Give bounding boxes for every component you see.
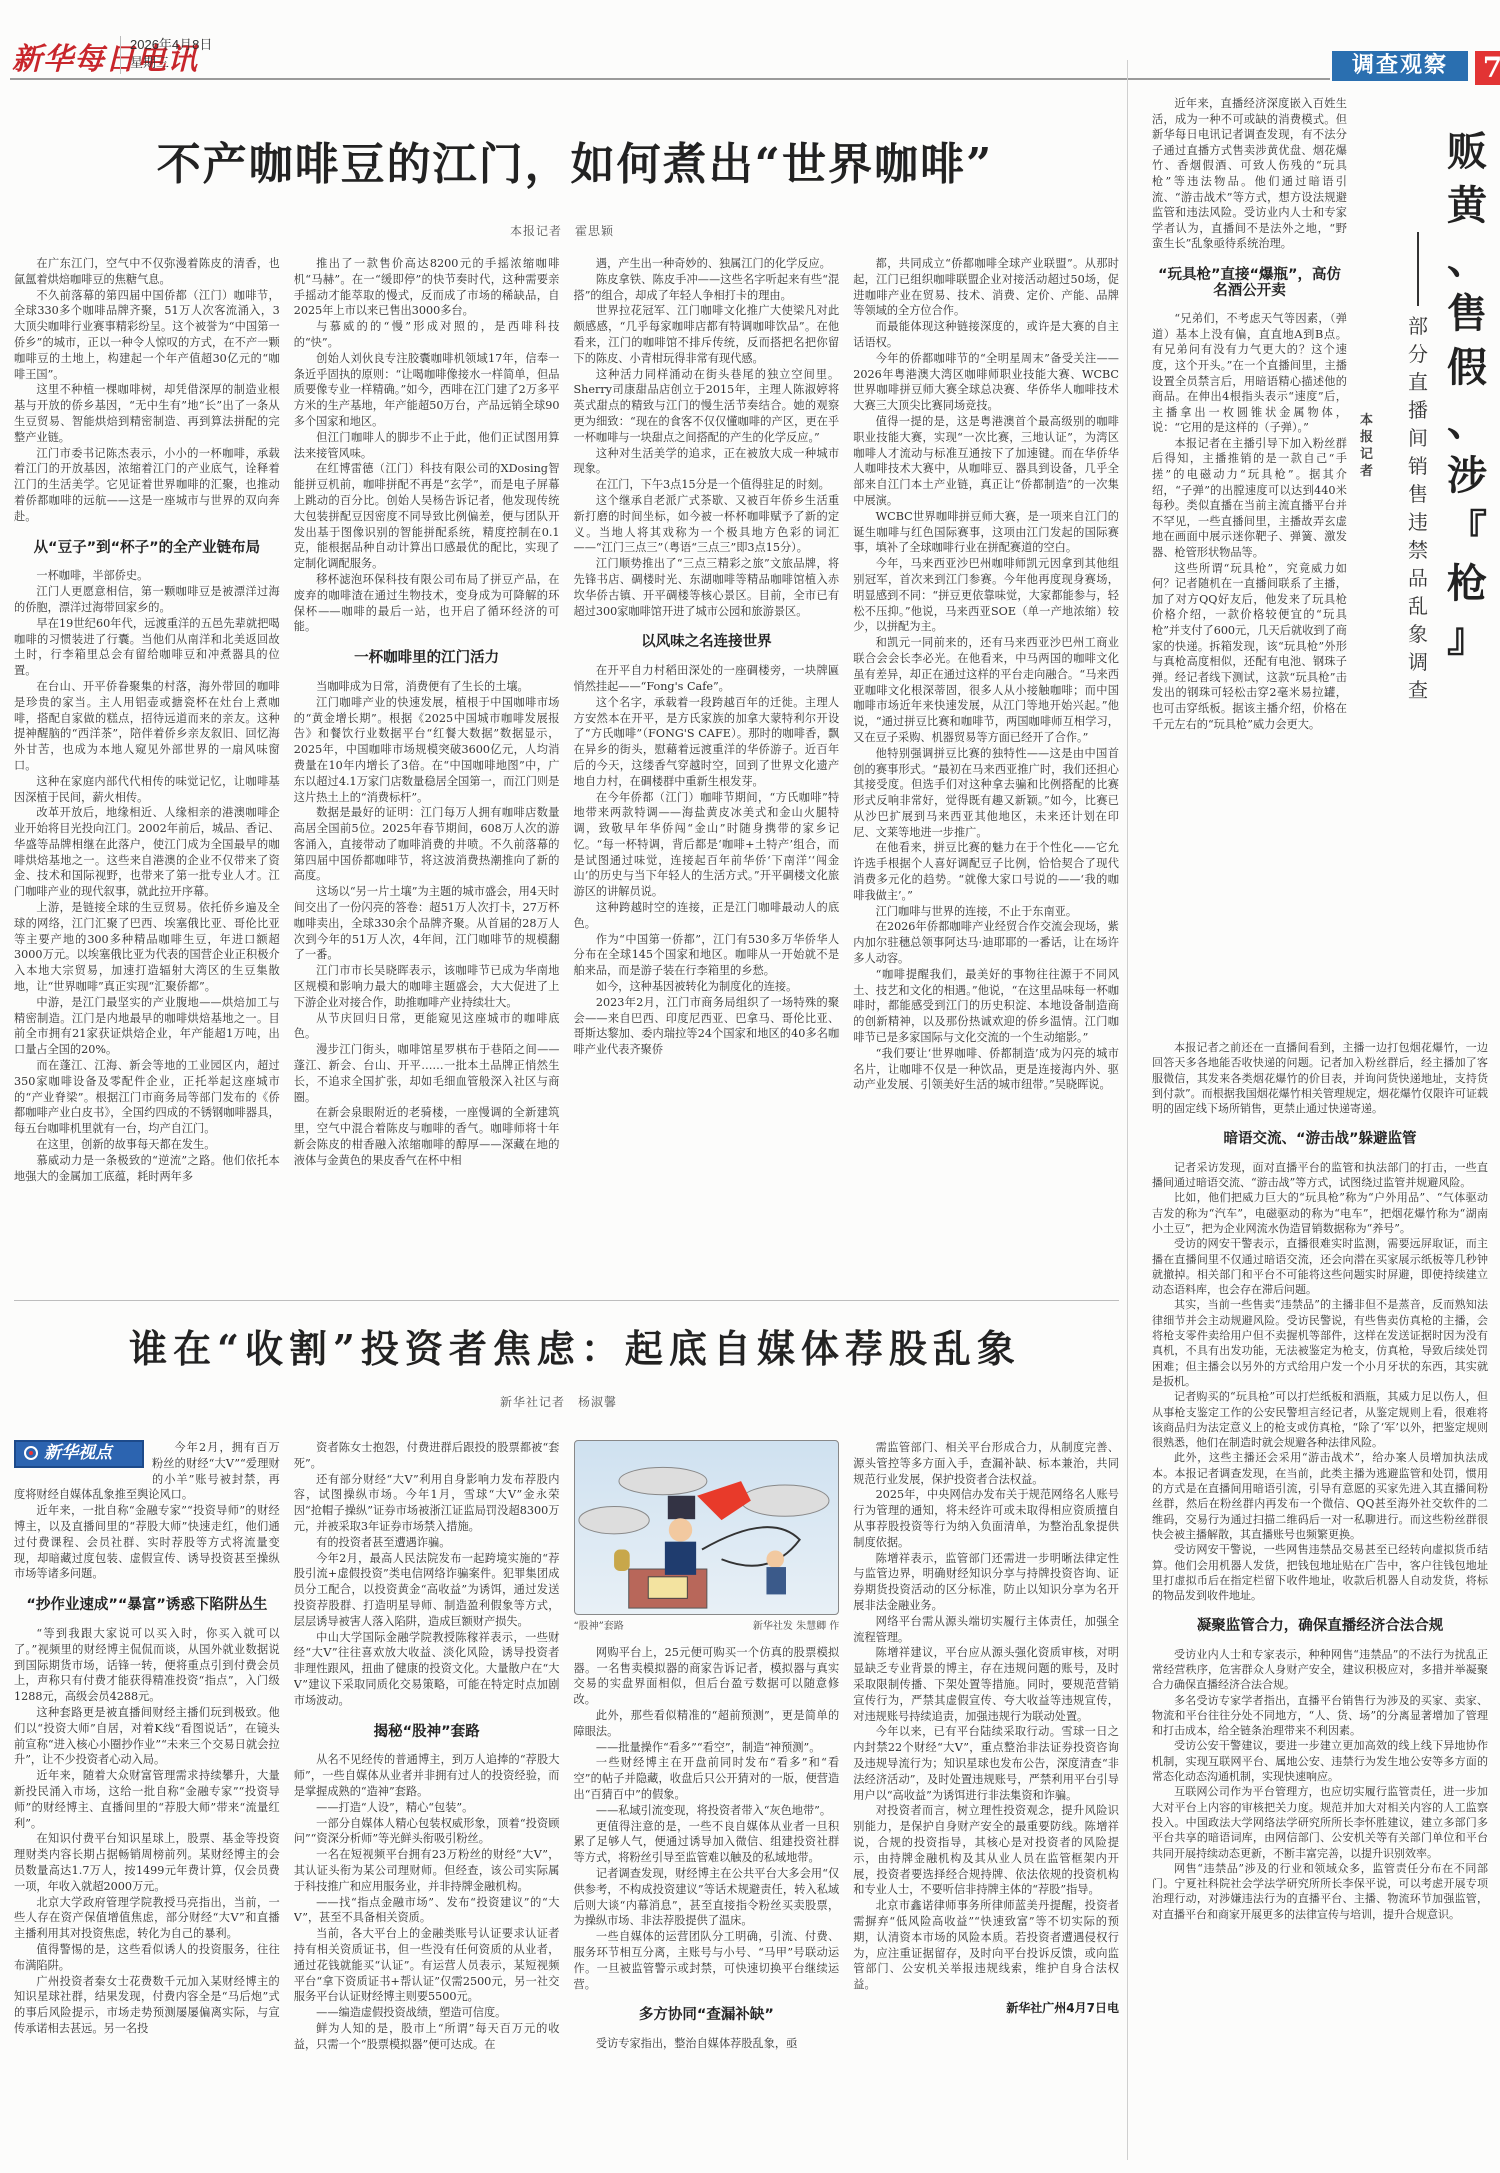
- paragraph: 这种跨越时空的连接，正是江门咖啡最动人的底色。: [574, 900, 840, 932]
- section-label: 调查观察: [1332, 51, 1468, 81]
- masthead-separator: [120, 36, 121, 74]
- paragraph: 受访公安干警建议，要进一步建立更加高效的线上线下异地协作机制，实现互联网平台、属…: [1152, 1738, 1488, 1784]
- paragraph: ——打造“人设”，精心“包装”。: [294, 1800, 560, 1816]
- paragraph: 记者采访发现，面对直播平台的监管和执法部门的打击，一些直播间通过暗语交流、“游击…: [1152, 1160, 1488, 1191]
- paragraph: 近年来，随着大众财富管理需求持续攀升，大量新投民涌入市场，这给一批自称“金融专家…: [14, 1768, 280, 1831]
- paragraph: 一部分自媒体人精心包装权威形象，顶着“投资顾问”“资深分析师”等光鲜头衔吸引粉丝…: [294, 1816, 560, 1848]
- paragraph: 移杯滤泡环保科技有限公司布局了拼豆产品，在废弃的咖啡渣在通过生物技术，变身成为可…: [294, 572, 560, 635]
- paragraph: 在他看来，拼豆比赛的魅力在于个性化——它允许选手根据个人喜好调配豆子比例，恰恰契…: [853, 840, 1119, 903]
- paragraph: 如今，这种基因被转化为制度化的连接。: [574, 979, 840, 995]
- paragraph: 江门市市长吴晓晖表示，该咖啡节已成为华南地区规模和影响力最大的咖啡主题盛会，大大…: [294, 963, 560, 1010]
- paragraph: 在开平自力村稻田深处的一座碉楼旁，一块牌匾悄然挂起——“Fong's Cafe”…: [574, 663, 840, 695]
- paragraph: 遇，产生出一种奇妙的、独属江门的化学反应。: [574, 256, 840, 272]
- paragraph: 这些所谓“玩具枪”，究竟威力如何？记者随机在一直播间联系了主播，加了对方QQ好友…: [1152, 561, 1347, 733]
- headline-char: 『: [1445, 503, 1489, 557]
- subheading: 多方协同“查漏补缺”: [574, 2008, 840, 2024]
- paragraph: 作为“中国第一侨都”，江门有530多万华侨华人分布在全球145个国家和地区。咖啡…: [574, 932, 840, 979]
- sidebar-vertical-subtitle: 部分直播间销售违禁品乱象调查: [1405, 312, 1431, 704]
- article-divider: [14, 1300, 1119, 1301]
- paragraph: 一些财经博主在开盘前同时发布“看多”和“看空”的帖子并隐藏，收盘后只公开猜对的一…: [574, 1755, 840, 1802]
- paragraph: 受访专家指出，整治自媒体荐股乱象，亟: [574, 2036, 840, 2052]
- paragraph: ——批量操作“看多”“看空”，制造“神预测”。: [574, 1740, 840, 1756]
- paragraph: 值得警惕的是，这些看似诱人的投资服务，往往布满陷阱。: [14, 1942, 280, 1974]
- headline-char: 售: [1445, 287, 1489, 341]
- paragraph: 对投资者而言，树立理性投资观念，提升风险识别能力，是保护自身财产安全的最重要防线…: [853, 1803, 1119, 1898]
- subtitle-char: 直: [1405, 368, 1431, 396]
- paragraph: “咖啡提醒我们，最美好的事物往往源于不同风土、技艺和文化的相遇。”他说，“在这里…: [853, 967, 1119, 1046]
- article1-column: 推出了一款售价高达8200元的手摇浓缩咖啡机“马赫”。在一“缓即停”的快节奏时代…: [294, 256, 560, 1296]
- paragraph: 网购平台上，25元便可购买一个仿真的股票模拟器。一名售卖模拟器的商家告诉记者，模…: [574, 1645, 840, 1708]
- subtitle-char: 象: [1405, 620, 1431, 648]
- paragraph: 还有部分财经“大V”利用自身影响力发布荐股内容，试图操纵市场。今年1月，雪球“大…: [294, 1472, 560, 1535]
- paragraph: 中游，是江门最坚实的产业腹地——烘焙加工与精密制造。江门是内地最早的咖啡烘焙基地…: [14, 995, 280, 1058]
- paragraph: 北京大学政府管理学院教授马亮指出，当前，一些人存在资产保值增值焦虑，部分财经“大…: [14, 1895, 280, 1942]
- paragraph: 此外，这些主播还会采用“游击战术”，给办案人员增加执法成本。本报记者调查发现，在…: [1152, 1450, 1488, 1542]
- paragraph: 这种在家庭内部代代相传的味觉记忆，让咖啡基因深植于民间，薪火相传。: [14, 774, 280, 806]
- paragraph: 近年来，直播经济深度嵌入百姓生活，成为一种不可或缺的消费模式。但新华每日电讯记者…: [1152, 96, 1347, 252]
- subtitle-char: 品: [1405, 564, 1431, 592]
- paragraph: ——找“指点金融市场”、发布“投资建议”的“大V”，甚至不具备相关资质。: [294, 1895, 560, 1927]
- editorial-cartoon: [574, 1440, 840, 1615]
- paragraph: WCBC世界咖啡拼豆师大赛，是一项来自江门的诞生咖啡与红色国际赛事，这项由江门发…: [853, 509, 1119, 556]
- subtitle-char: 乱: [1405, 592, 1431, 620]
- paragraph: 受访的网安干警表示，直播很难实时监测，需要远屏取证，而主播在直播间里不仅通过暗语…: [1152, 1236, 1488, 1297]
- paragraph: 在台山、开平侨眷聚集的村落，海外带回的咖啡是珍贵的家当。主人用铝壶或搪瓷杯在灶台…: [14, 679, 280, 774]
- paragraph: 在知识付费平台知识星球上，股票、基金等投资理财类内容长期占据畅销周榜前列。某财经…: [14, 1831, 280, 1894]
- paragraph: 鲜为人知的是，股市上“所谓”每天百万元的收益，只需一个“股票模拟器”便可达成。在: [294, 2021, 560, 2053]
- paragraph: 2023年2月，江门市商务局组织了一场特殊的聚会——来自巴西、印度尼西亚、巴拿马…: [574, 995, 840, 1058]
- cartoon-illustration: [575, 1441, 839, 1614]
- paragraph: 受访业内人士和专家表示，种种网售“违禁品”的不法行为扰乱正常经营秩序，危害群众人…: [1152, 1647, 1488, 1693]
- paragraph: 中山大学国际金融学院教授陈稼祥表示，一些财经“大V”往往喜欢放大收益、淡化风险，…: [294, 1630, 560, 1709]
- paragraph: 江门咖啡与世界的连接，不止于东南亚。: [853, 904, 1119, 920]
- paragraph: 今年，马来西亚沙巴州咖啡师凯元因拿到其他组别冠军，首次来到江门参赛。今年他再度现…: [853, 556, 1119, 635]
- subtitle-dash: [1417, 232, 1419, 306]
- paragraph: 这个继承自老派广式茶歇、又被百年侨乡生活重新打磨的时间坐标，如今被一杯杯咖啡赋予…: [574, 493, 840, 556]
- subtitle-char: 查: [1405, 676, 1431, 704]
- article2-headline: 谁在“收割”投资者焦虑：起底自媒体荐股乱象: [30, 1318, 1120, 1373]
- masthead-rule: [10, 78, 1330, 80]
- subheading: “玩具枪”直接“爆瓶”，高仿名酒公开卖: [1152, 268, 1347, 299]
- paragraph: 在广东江门，空气中不仅弥漫着陈皮的清香，也氤氲着烘焙咖啡豆的焦糖气息。: [14, 256, 280, 288]
- paragraph: 2025年，中央网信办发布关于规范网络名人账号行为管理的通知，将未经许可或未取得…: [853, 1487, 1119, 1550]
- paragraph: 本报记者在主播引导下加入粉丝群后得知，主播推销的是一款自己“手搓”的电磁动力“玩…: [1152, 436, 1347, 561]
- paragraph: 这里不种植一棵咖啡树，却凭借深厚的制造业根基与开放的侨乡基因，“无中生有”地“长…: [14, 382, 280, 445]
- subheading: 暗语交流、“游击战”躲避监管: [1152, 1132, 1488, 1147]
- paragraph: 创始人刘伙良专注胶囊咖啡机领域17年，信奉一条近乎固执的原则：“让喝咖啡像接水一…: [294, 351, 560, 430]
- headline-char: 涉: [1445, 449, 1489, 503]
- paragraph: 和凯元一同前来的，还有马来西亚沙巴州工商业联合会会长李必光。在他看来，中马两国的…: [853, 635, 1119, 746]
- paragraph: 资者陈女士抱怨，付费进群后跟投的股票都被“套死”。: [294, 1440, 560, 1472]
- subtitle-char: 售: [1405, 480, 1431, 508]
- paragraph: 近年来，一批自称“金融专家”“投资导师”的财经博主，以及直播间里的“荐股大师”快…: [14, 1503, 280, 1582]
- paragraph: 都，共同成立“侨都咖啡全球产业联盟”。从那时起，江门已组织咖啡联盟企业对接活动超…: [853, 256, 1119, 319]
- paragraph: 陈皮拿铁、陈皮手冲——这些名字听起来有些“混搭”的组合，却成了年轻人争相打卡的理…: [574, 272, 840, 304]
- article1-column: 在广东江门，空气中不仅弥漫着陈皮的清香，也氤氲着烘焙咖啡豆的焦糖气息。不久前落幕…: [14, 256, 280, 1296]
- paragraph: 当前，各大平台上的金融类账号认证要求认证者持有相关资质证书，但一些没有任何资质的…: [294, 1926, 560, 2005]
- paragraph: “兄弟们，不考虑天气等因素，（弹道）基本上没有偏，直直地A到B点。有兄弟问有没有…: [1152, 311, 1347, 436]
- subtitle-char: 播: [1405, 396, 1431, 424]
- subheading: 凝聚监管合力，确保直播经济合法合规: [1152, 1619, 1488, 1634]
- subheading: 从“豆子”到“杯子”的全产业链布局: [14, 541, 280, 557]
- paragraph: 这种套路更是被直播间财经主播们玩到极致。他们以“投资大师”自居，对着K线“看图说…: [14, 1705, 280, 1768]
- subtitle-char: 禁: [1405, 536, 1431, 564]
- paragraph: 慕威动力是一条极致的“逆流”之路。他们依托本地强大的金属加工底蕴，耗时两年多: [14, 1153, 280, 1185]
- byline-char: 本: [1360, 412, 1376, 429]
- paragraph: 互联网公司作为平台管理方，也应切实履行监管责任，进一步加大对平台上内容的审核把关…: [1152, 1784, 1488, 1860]
- paragraph: 有的投资者甚至遭遇诈骗。: [294, 1535, 560, 1551]
- subtitle-char: 销: [1405, 452, 1431, 480]
- subtitle-char: 间: [1405, 424, 1431, 452]
- paragraph: 世界拉花冠军、江门咖啡文化推广大使梁凡对此颇感感，“几乎每家咖啡店都有特调咖啡饮…: [574, 303, 840, 366]
- xinhua-viewpoint-badge: 新华视点: [14, 1440, 144, 1468]
- issue-date: 2026年4月8日 星期三: [130, 36, 212, 72]
- paragraph: 今年2月，最高人民法院发布一起跨境实施的“荐股引流+虚假投资”类电信网络诈骗案件…: [294, 1551, 560, 1630]
- cartoon-caption: “股神”套路新华社发 朱慧卿 作: [574, 1619, 840, 1635]
- subheading: 以风味之名连接世界: [574, 635, 840, 651]
- paragraph: 江门咖啡产业的快速发展，植根于中国咖啡市场的“黄金增长期”。根据《2025中国城…: [294, 695, 560, 806]
- paragraph: 在新会泉眼附近的老骑楼，一座慢调的全新建筑里，空气中混合着陈皮与咖啡的香气。咖啡…: [294, 1105, 560, 1168]
- article2-column: “股神”套路新华社发 朱慧卿 作网购平台上，25元便可购买一个仿真的股票模拟器。…: [574, 1440, 840, 2160]
- paragraph: 比如，他们把威力巨大的“玩具枪”称为“户外用品”、“气体驱动吉发的称为“汽车”，…: [1152, 1190, 1488, 1236]
- byline-char: 者: [1360, 463, 1376, 480]
- paragraph: 在2026年侨都咖啡产业经贸合作交流会现场，紫内加尔驻穗总领事阿达马·迪耶耶的一…: [853, 919, 1119, 966]
- paragraph: 这种活力同样涌动在街头巷尾的独立空间里。Sherry司康甜品店创立于2015年，…: [574, 367, 840, 446]
- article1-body: 在广东江门，空气中不仅弥漫着陈皮的清香，也氤氲着烘焙咖啡豆的焦糖气息。不久前落幕…: [14, 256, 1119, 1296]
- subtitle-char: 部: [1405, 312, 1431, 340]
- paragraph: 改革开放后，地缘相近、人缘相亲的港澳咖啡企业开始将目光投向江门。2002年前后，…: [14, 805, 280, 900]
- paragraph: ——编造虚假投资战绩，塑造可信度。: [294, 2005, 560, 2021]
- article2-column: 资者陈女士抱怨，付费进群后跟投的股票都被“套死”。还有部分财经“大V”利用自身影…: [294, 1440, 560, 2160]
- paragraph: 此外，那些看似精准的“超前预测”，更是简单的障眼法。: [574, 1708, 840, 1740]
- headline-char: 假: [1445, 341, 1489, 395]
- subtitle-char: 违: [1405, 508, 1431, 536]
- headline-char: 、: [1445, 233, 1489, 287]
- paragraph: 广州投资者秦女士花费数千元加入某财经博主的知识星球社群，结果发现，付费内容全是“…: [14, 1974, 280, 2037]
- byline-char: 记: [1360, 446, 1376, 463]
- paragraph: 他特别强调拼豆比赛的独特性——这是由中国首创的赛事形式。“最初在马来西亚推广时，…: [853, 746, 1119, 841]
- paragraph: 一杯咖啡，半部侨史。: [14, 568, 280, 584]
- paragraph: 在红博雷德（江门）科技有限公司的XDosing智能拼豆机前，咖啡拼配不再是“玄学…: [294, 461, 560, 572]
- masthead: 新华每日电讯 2026年4月8日 星期三 调查观察 7: [10, 34, 1500, 80]
- paragraph: 其实，当前一些售卖“违禁品”的主播非但不是蒸音，反而熟知法律细节并会主动规避风险…: [1152, 1297, 1488, 1389]
- subheading: “抄作业速成”“暴富”诱惑下陷阱丛生: [14, 1598, 280, 1614]
- article2-body: 新华视点今年2月，拥有百万粉丝的财经“大V”“爱理财的小羊”账号被封禁，再度将财…: [14, 1440, 1119, 2160]
- paragraph: 推出了一款售价高达8200元的手摇浓缩咖啡机“马赫”。在一“缓即停”的快节奏时代…: [294, 256, 560, 319]
- paragraph: 受访网安干警说，一些网售违禁品交易甚至已经转向虚拟货币结算。他们会用机器人发货，…: [1152, 1542, 1488, 1603]
- paragraph: 更值得注意的是，一些不良自媒体从业者一旦积累了足够人气，便通过诱导加入微信、组建…: [574, 1819, 840, 1866]
- subheading: 揭秘“股神”套路: [294, 1725, 560, 1741]
- byline-char: 报: [1360, 429, 1376, 446]
- paragraph: 江门人更愿意相信，第一颗咖啡豆是被漂洋过海的侨胞，漂洋过海带回家乡的。: [14, 584, 280, 616]
- paragraph: 值得一提的是，这是粤港澳首个最高级别的咖啡职业技能大赛，实现“一次比赛，三地认证…: [853, 414, 1119, 509]
- paragraph: 陈增祥建议，平台应从源头强化资质审核，对明显缺乏专业背景的博主，存在违规问题的账…: [853, 1645, 1119, 1724]
- paragraph: “我们要让‘世界咖啡、侨都制造’成为闪亮的城市名片，让咖啡不仅是一种饮品，更是连…: [853, 1046, 1119, 1093]
- headline-char: 贩: [1445, 125, 1489, 179]
- sidebar-column-wide: 本报记者之前还在一直播间看到，主播一边打包烟花爆竹，一边回答天多各地能否收快递的…: [1152, 1040, 1488, 2165]
- headline-char: 』: [1445, 611, 1489, 665]
- paragraph: 这个名字，承载着一段跨越百年的迁徙。主理人方安然本在开平，是方氏家族的加拿大蒙特…: [574, 695, 840, 790]
- column-divider: [1127, 60, 1128, 2160]
- article2-column: 新华视点今年2月，拥有百万粉丝的财经“大V”“爱理财的小羊”账号被封禁，再度将财…: [14, 1440, 280, 2160]
- page-number: 7: [1475, 51, 1500, 85]
- paragraph: 在今年侨都（江门）咖啡节期间，“方氏咖啡”特地带来两款特调——海盐黄皮冰美式和金…: [574, 790, 840, 901]
- paragraph: 这种对生活美学的追求，正在被放大成一种城市现象。: [574, 446, 840, 478]
- dateline: 新华社广州4月7日电: [853, 2001, 1119, 2017]
- subheading: 一杯咖啡里的江门活力: [294, 651, 560, 667]
- sidebar-vertical-headline: 贩黄、售假、涉『枪』: [1445, 125, 1489, 665]
- paragraph: 从节庆回归日常，更能窥见这座城市的咖啡底色。: [294, 1011, 560, 1043]
- subtitle-char: 分: [1405, 340, 1431, 368]
- paragraph: 数据是最好的证明：江门每万人拥有咖啡店数量高居全国前5位。2025年春节期间，6…: [294, 805, 560, 884]
- paragraph: 不久前落幕的第四届中国侨都（江门）咖啡节，全球330多个咖啡品牌齐聚，51万人次…: [14, 288, 280, 383]
- cartoon-title: “股神”套路: [574, 1619, 624, 1635]
- paragraph: 漫步江门街头，咖啡馆星罗棋布于巷陌之间——蓬江、新会、台山、开平……一批本土品牌…: [294, 1042, 560, 1105]
- paragraph: 上游，是链接全球的生豆贸易。依托侨乡遍及全球的网络，江门汇聚了巴西、埃塞俄比亚、…: [14, 900, 280, 995]
- date-text: 2026年4月8日: [130, 36, 212, 54]
- paragraph: 这场以“另一片土壤”为主题的城市盛会，用4天时间交出了一份闪亮的答卷：超51万人…: [294, 884, 560, 963]
- sidebar-column-mid: [1152, 1040, 1488, 1130]
- paragraph: 一些自媒体的运营团队分工明确，引流、付费、服务环节相互分离，主账号与小号、“马甲…: [574, 1929, 840, 1992]
- subtitle-char: 调: [1405, 648, 1431, 676]
- paragraph: 早在19世纪60年代，远渡重洋的五邑先辈就把喝咖啡的习惯装进了行囊。当他们从南洋…: [14, 616, 280, 679]
- newspaper-page: 新华每日电讯 2026年4月8日 星期三 调查观察 7 不产咖啡豆的江门，如何煮…: [0, 0, 1500, 2173]
- paragraph: 今年以来，已有平台陆续采取行动。雪球一日之内封禁22个财经“大V”，重点整治非法…: [853, 1724, 1119, 1803]
- paragraph: 在江门，下午3点15分是一个值得驻足的时刻。: [574, 477, 840, 493]
- paragraph: 而最能体现这种链接深度的，或许是大赛的自主话语权。: [853, 319, 1119, 351]
- article1-headline: 不产咖啡豆的江门，如何煮出“世界咖啡”: [30, 128, 1120, 192]
- paragraph: 江门顺势推出了“三点三精彩之旅”文旅品牌，将先锋书店、碉楼时光、东湖咖啡等精品咖…: [574, 556, 840, 619]
- paragraph: 北京市鑫诺律师事务所律师蓝美丹提醒，投资者需摒弃“低风险高收益”“快速致富”等不…: [853, 1898, 1119, 1993]
- paragraph: 在这里，创新的故事每天都在发生。: [14, 1137, 280, 1153]
- headline-char: 枪: [1445, 557, 1489, 611]
- paragraph: 陈增祥表示，监管部门还需进一步明晰法律定性与监管边界，明确财经知识分享与持牌投资…: [853, 1551, 1119, 1614]
- camera-icon: [24, 1446, 38, 1460]
- article1-byline: 本报记者 霍思颖: [510, 222, 614, 239]
- paragraph: 今年的侨都咖啡节的“全明星周末”备受关注——2026年粤港澳大湾区咖啡师职业技能…: [853, 351, 1119, 414]
- paragraph: ——私域引流变现，将投资者带入“灰色地带”。: [574, 1803, 840, 1819]
- article1-column: 遇，产生出一种奇妙的、独属江门的化学反应。陈皮拿铁、陈皮手冲——这些名字听起来有…: [574, 256, 840, 1296]
- paragraph: 江门市委书记陈杰表示，小小的一杯咖啡，承载着江门的开放基因，浓缩着江门的产业底气…: [14, 446, 280, 525]
- paragraph: 多名受访专家学者指出，直播平台销售行为涉及的买家、卖家、物流和平台往往分处不同地…: [1152, 1693, 1488, 1739]
- article2-column: 需监管部门、相关平台形成合力，从制度完善、源头管控等多方面入手，查漏补缺、标本兼…: [853, 1440, 1119, 2160]
- paragraph: 当咖啡成为日常，消费便有了生长的土壤。: [294, 679, 560, 695]
- weekday-text: 星期三: [130, 54, 212, 72]
- badge-label: 新华视点: [44, 1443, 112, 1463]
- paragraph: 网络平台需从源头端切实履行主体责任，加强全流程管理。: [853, 1614, 1119, 1646]
- headline-char: 黄: [1445, 179, 1489, 233]
- paragraph: 网售“违禁品”涉及的行业和领域众多，监管责任分布在不同部门。宁夏社科院社会学法学…: [1152, 1861, 1488, 1922]
- paragraph: 一名在短视频平台拥有23万粉丝的财经“大V”，其认证头衔为某公司理财师。但经查，…: [294, 1847, 560, 1894]
- paragraph: 与慕威的的“慢”形成对照的，是西啡科技的“快”。: [294, 319, 560, 351]
- paragraph: 但江门咖啡人的脚步不止于此，他们正试图用算法来接管风味。: [294, 430, 560, 462]
- paragraph: “等到我跟大家说可以买入时，你买入就可以了。”视频里的财经博主侃侃而谈，从国外就…: [14, 1626, 280, 1705]
- paragraph: 记者购买的“玩具枪”可以打烂纸板和酒瓶，其威力足以伤人，但从事枪支鉴定工作的公安…: [1152, 1389, 1488, 1450]
- sidebar-byline: 本报记者: [1360, 412, 1376, 480]
- article2-byline: 新华社记者 杨淑馨: [500, 1393, 617, 1410]
- article1-column: 都，共同成立“侨都咖啡全球产业联盟”。从那时起，江门已组织咖啡联盟企业对接活动超…: [853, 256, 1119, 1296]
- cartoon-credit: 新华社发 朱慧卿 作: [753, 1619, 839, 1635]
- paragraph: 需监管部门、相关平台形成合力，从制度完善、源头管控等多方面入手，查漏补缺、标本兼…: [853, 1440, 1119, 1487]
- paragraph: 记者调查发现，财经博主在公共平台大多会用“仅供参考，不构成投资建议”等话术规避责…: [574, 1866, 840, 1929]
- paragraph: 而在蓬江、江海、新会等地的工业园区内，超过350家咖啡设备及零配件企业，正托举起…: [14, 1058, 280, 1137]
- paragraph: 从名不见经传的普通博主，到万人追捧的“荐股大师”，一些自媒体从业者并非拥有过人的…: [294, 1752, 560, 1799]
- headline-char: 、: [1445, 395, 1489, 449]
- sidebar-column-narrow: 近年来，直播经济深度嵌入百姓生活，成为一种不可或缺的消费模式。但新华每日电讯记者…: [1152, 96, 1347, 1126]
